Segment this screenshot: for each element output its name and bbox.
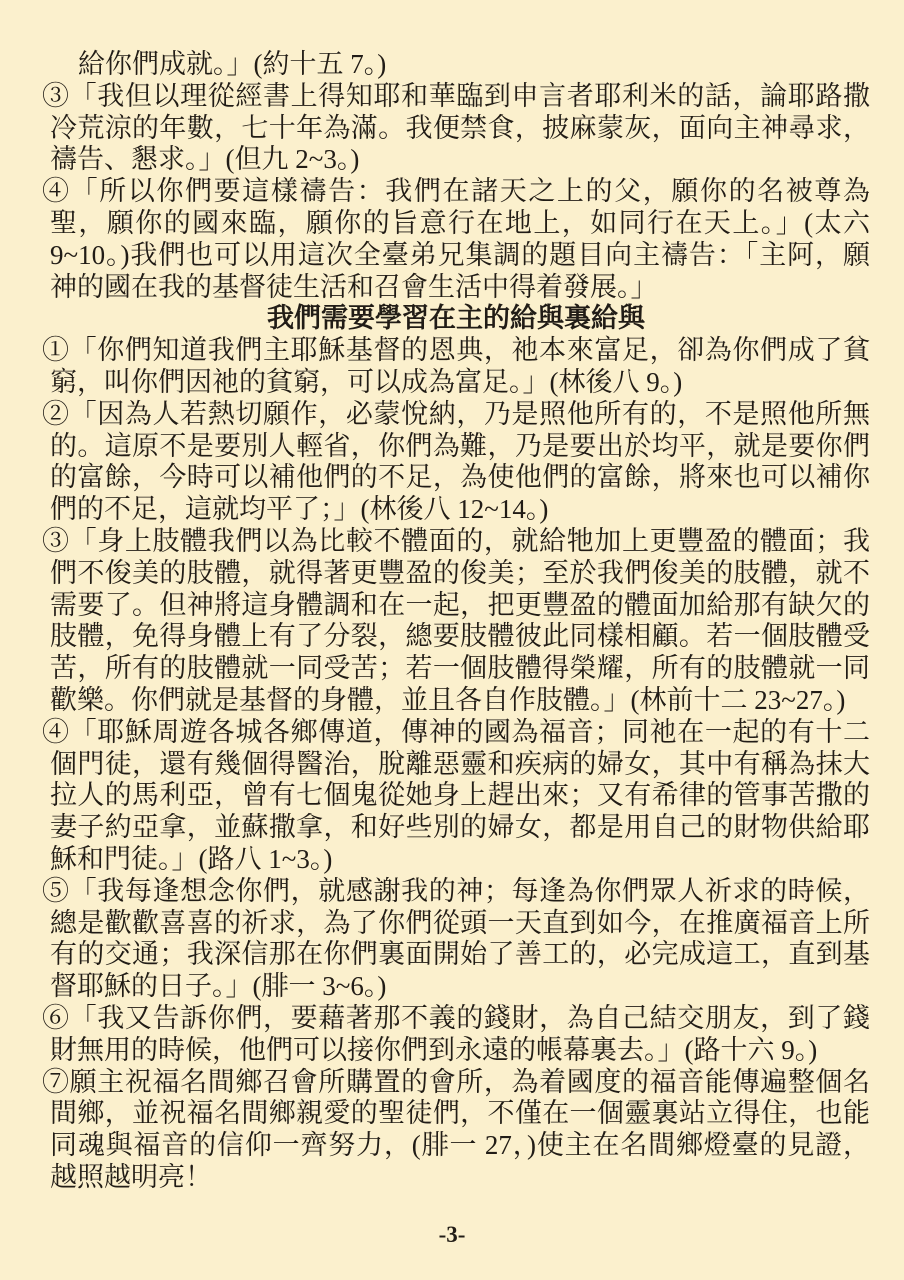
list-item: ②「因為人若熱切願作，必蒙悅納，乃是照他所有的，不是照他所無的。這原不是要別人輕…	[42, 399, 870, 526]
list-item: ③「身上肢體我們以為比較不體面的，就給牠加上更豐盈的體面；我們不俊美的肢體，就得…	[42, 526, 870, 717]
list-item: ⑦願主祝福名間鄉召會所購置的會所，為着國度的福音能傳遍整個名間鄉，並祝福名間鄉親…	[42, 1067, 870, 1194]
item-number: ①	[42, 335, 70, 365]
item-number: ⑦	[42, 1067, 70, 1097]
item-number: ③	[42, 81, 70, 111]
item-number: ④	[42, 176, 71, 206]
item-number: ②	[42, 399, 70, 429]
page-number: -3-	[0, 1222, 904, 1248]
item-text: 「我每逢想念你們，就感謝我的神；每逢為你們眾人祈求的時候，總是歡歡喜喜的祈求，為…	[50, 876, 870, 1001]
item-text: 「耶穌周遊各城各鄉傳道，傳神的國為福音；同祂在一起的有十二個門徒，還有幾個得醫治…	[50, 717, 870, 874]
list-item: ①「你們知道我們主耶穌基督的恩典，祂本來富足，卻為你們成了貧窮，叫你們因祂的貧窮…	[42, 335, 870, 399]
document-page: 給你們成就。」(約十五 7。) ③「我但以理從經書上得知耶和華臨到申言者耶利米的…	[0, 0, 904, 1280]
list-item: ④「所以你們要這樣禱告：我們在諸天之上的父，願你的名被尊為聖，願你的國來臨，願你…	[42, 176, 870, 303]
section-heading: 我們需要學習在主的給與裏給與	[42, 303, 870, 335]
list-item: ④「耶穌周遊各城各鄉傳道，傳神的國為福音；同祂在一起的有十二個門徒，還有幾個得醫…	[42, 717, 870, 876]
item-number: ⑥	[42, 1003, 70, 1033]
list-item: ⑤「我每逢想念你們，就感謝我的神；每逢為你們眾人祈求的時候，總是歡歡喜喜的祈求，…	[42, 876, 870, 1003]
paragraph-continuation: 給你們成就。」(約十五 7。)	[42, 49, 870, 81]
list-item: ⑥「我又告訴你們，要藉著那不義的錢財，為自己結交朋友，到了錢財無用的時候，他們可…	[42, 1003, 870, 1067]
item-text: 「所以你們要這樣禱告：我們在諸天之上的父，願你的名被尊為聖，願你的國來臨，願你的…	[50, 176, 870, 301]
item-text: 「我又告訴你們，要藉著那不義的錢財，為自己結交朋友，到了錢財無用的時候，他們可以…	[50, 1003, 870, 1065]
item-text: 「我但以理從經書上得知耶和華臨到申言者耶利米的話，論耶路撒冷荒涼的年數，七十年為…	[50, 81, 870, 175]
list-item: ③「我但以理從經書上得知耶和華臨到申言者耶利米的話，論耶路撒冷荒涼的年數，七十年…	[42, 81, 870, 176]
item-text: 「你們知道我們主耶穌基督的恩典，祂本來富足，卻為你們成了貧窮，叫你們因祂的貧窮，…	[50, 335, 870, 397]
item-number: ⑤	[42, 876, 70, 906]
item-number: ③	[42, 526, 70, 556]
item-number: ④	[42, 717, 70, 747]
item-text: 願主祝福名間鄉召會所購置的會所，為着國度的福音能傳遍整個名間鄉，並祝福名間鄉親愛…	[50, 1067, 870, 1192]
item-text: 「因為人若熱切願作，必蒙悅納，乃是照他所有的，不是照他所無的。這原不是要別人輕省…	[50, 399, 870, 524]
item-text: 「身上肢體我們以為比較不體面的，就給牠加上更豐盈的體面；我們不俊美的肢體，就得著…	[50, 526, 870, 715]
